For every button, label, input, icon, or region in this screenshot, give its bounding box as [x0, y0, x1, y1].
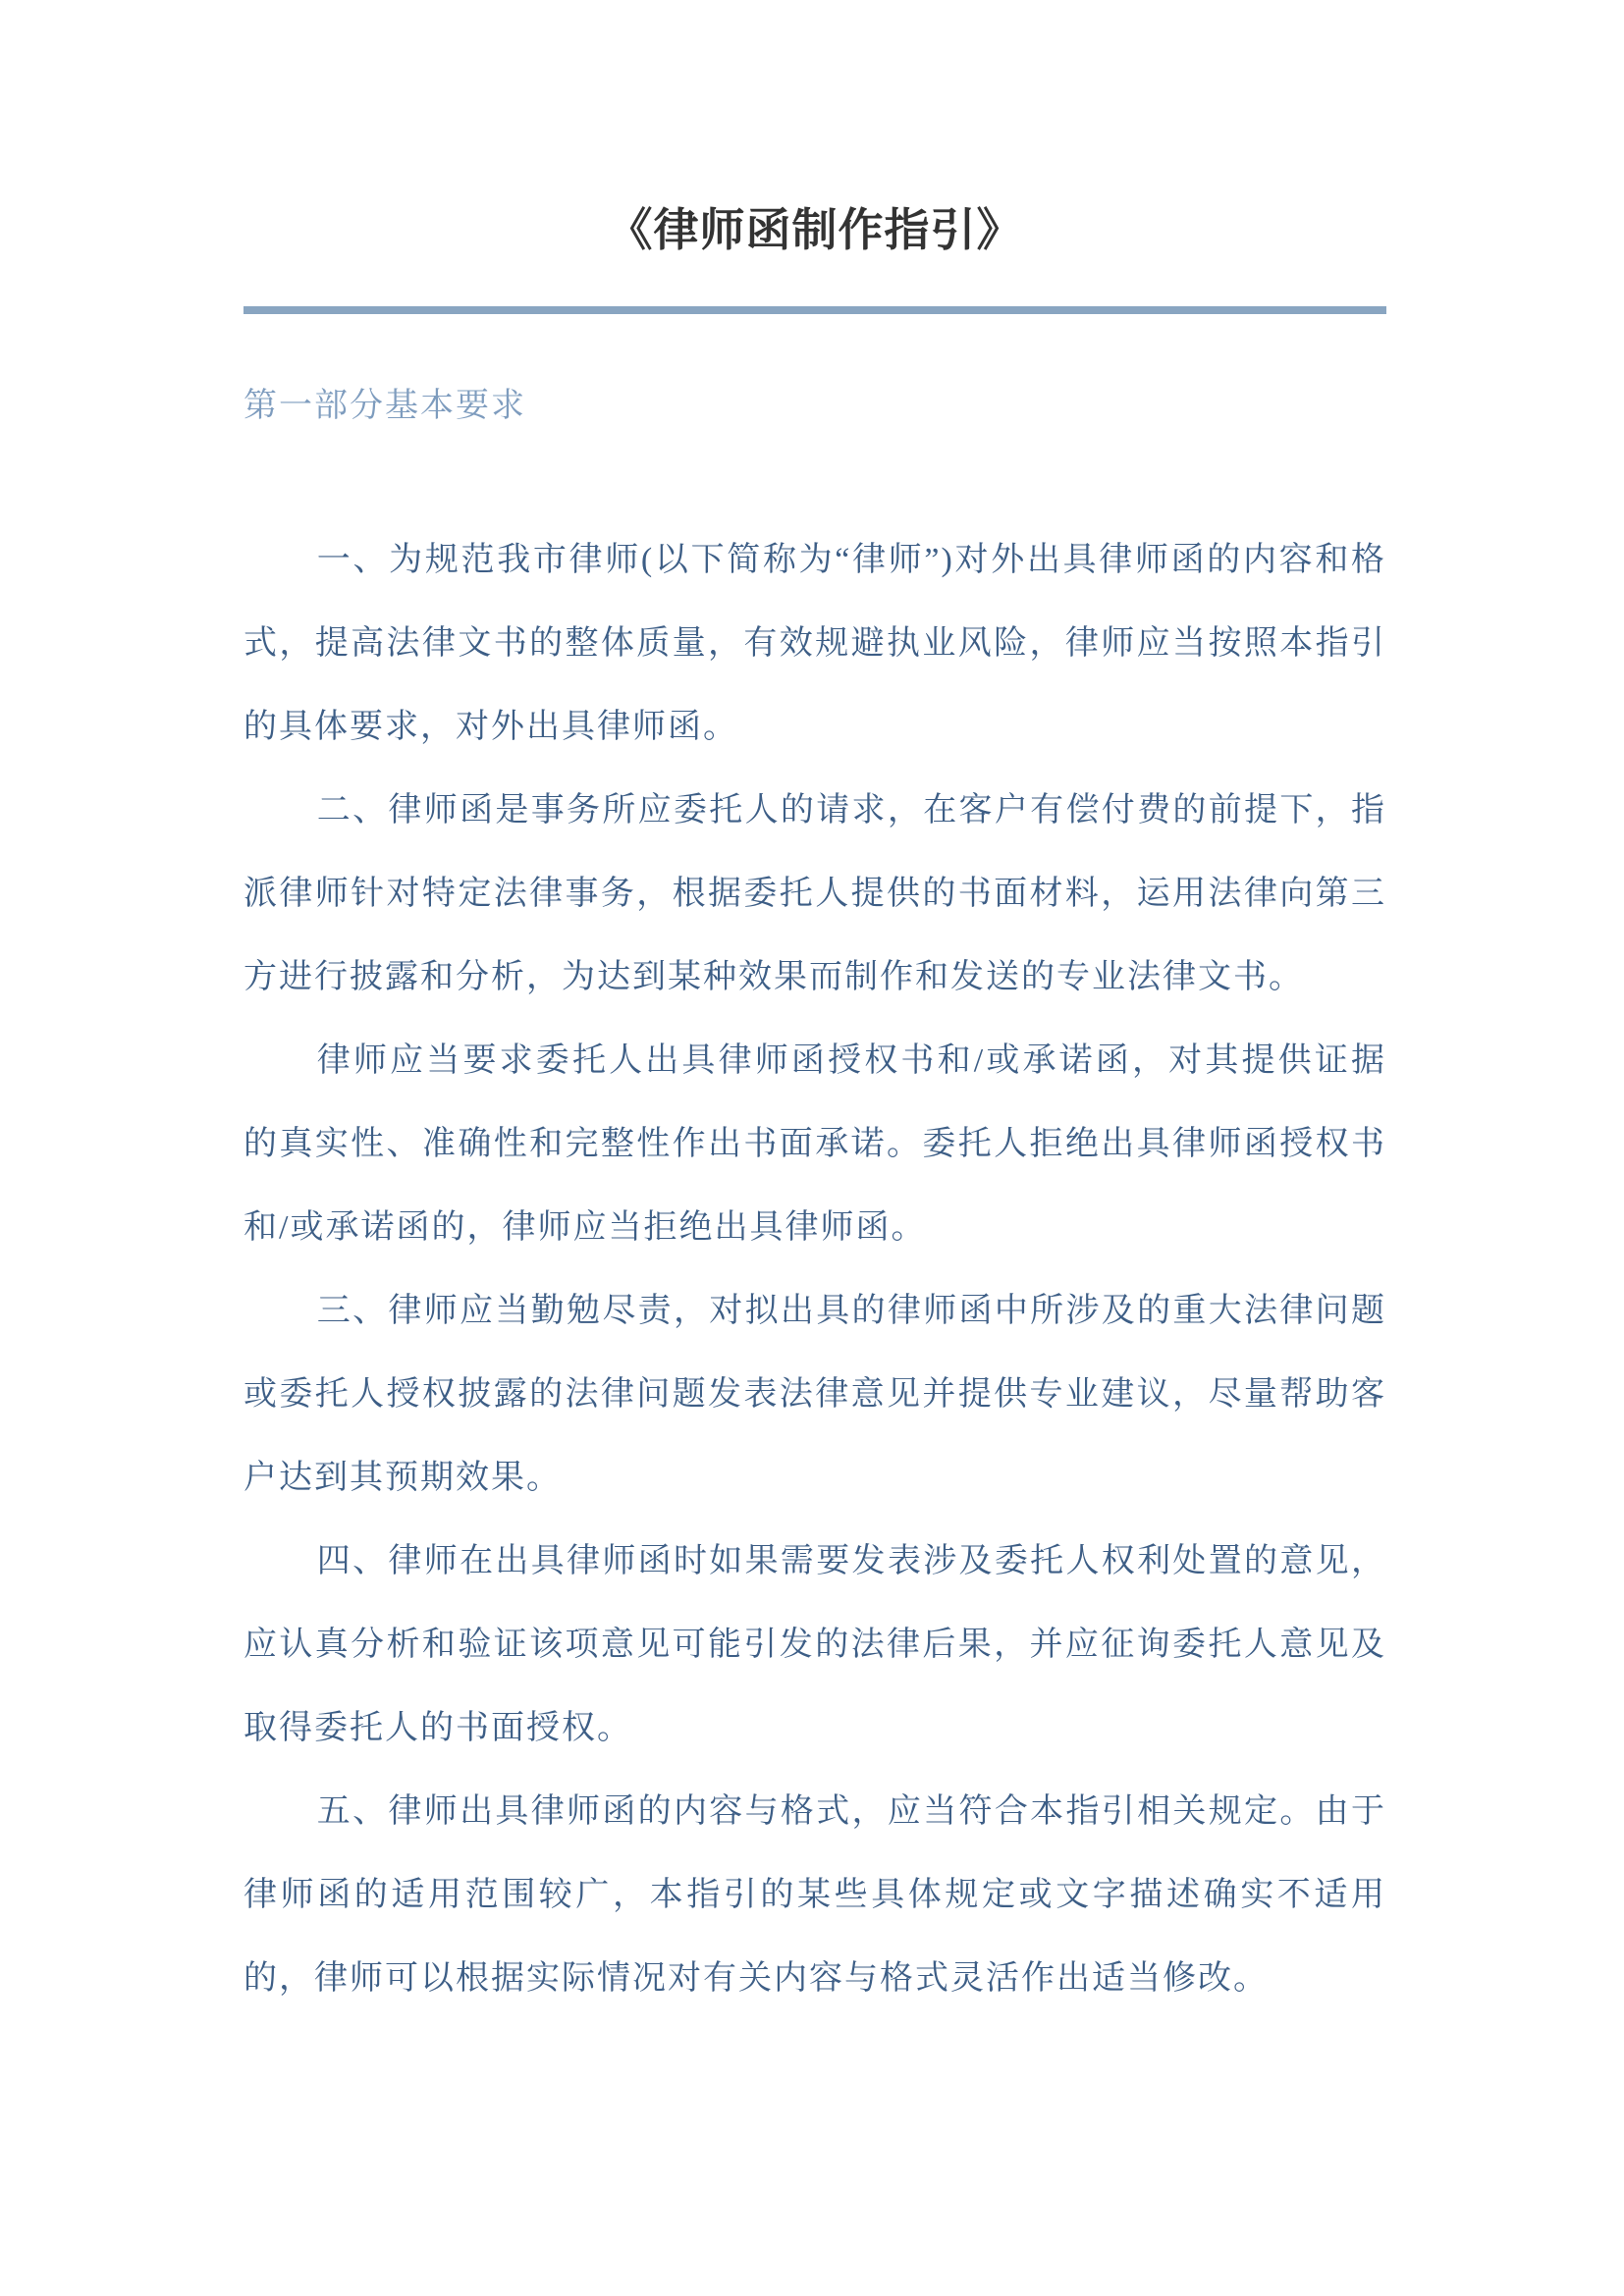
paragraph-5: 四、律师在出具律师函时如果需要发表涉及委托人权利处置的意见，应认真分析和验证该项…	[244, 1520, 1386, 1770]
paragraph-6: 五、律师出具律师函的内容与格式，应当符合本指引相关规定。由于律师函的适用范围较广…	[244, 1770, 1386, 2020]
paragraph-3: 律师应当要求委托人出具律师函授权书和/或承诺函，对其提供证据的真实性、准确性和完…	[244, 1019, 1386, 1269]
title-divider	[244, 306, 1386, 314]
paragraph-4: 三、律师应当勤勉尽责，对拟出具的律师函中所涉及的重大法律问题或委托人授权披露的法…	[244, 1269, 1386, 1520]
section-heading: 第一部分基本要求	[244, 387, 1386, 427]
document-page: 《律师函制作指引》 第一部分基本要求 一、为规范我市律师(以下简称为“律师”)对…	[0, 0, 1624, 2296]
document-content: 《律师函制作指引》 第一部分基本要求 一、为规范我市律师(以下简称为“律师”)对…	[244, 203, 1386, 2020]
document-title: 《律师函制作指引》	[244, 203, 1386, 257]
paragraph-1: 一、为规范我市律师(以下简称为“律师”)对外出具律师函的内容和格式，提高法律文书…	[244, 518, 1386, 769]
paragraph-2: 二、律师函是事务所应委托人的请求，在客户有偿付费的前提下，指派律师针对特定法律事…	[244, 769, 1386, 1019]
